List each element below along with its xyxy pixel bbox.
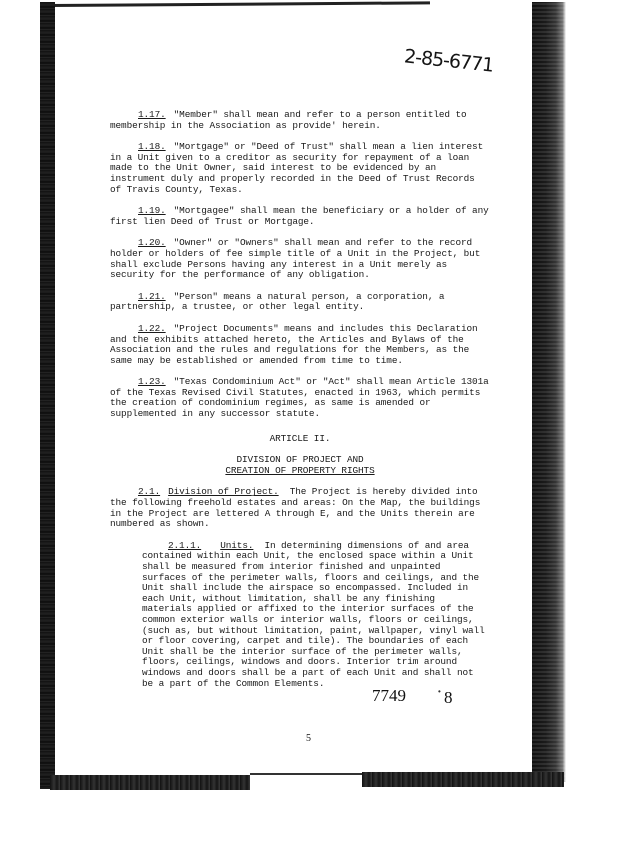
- section-number: 1.17.: [138, 109, 166, 120]
- section-text: "Mortgagee" shall mean the beneficiary o…: [110, 205, 489, 227]
- handwritten-document-id: 2-85-6771: [403, 45, 494, 76]
- definition-1-19: 1.19."Mortgagee" shall mean the benefici…: [110, 206, 490, 227]
- definition-1-20: 1.20."Owner" or "Owners" shall mean and …: [110, 238, 490, 280]
- scan-border-top: [50, 1, 430, 7]
- scan-border-bottom-right: [362, 772, 564, 787]
- definition-1-23: 1.23."Texas Condominium Act" or "Act" sh…: [110, 377, 490, 419]
- section-number: 1.23.: [138, 376, 166, 387]
- document-body: 1.17."Member" shall mean and refer to a …: [110, 110, 490, 700]
- definition-1-21: 1.21."Person" means a natural person, a …: [110, 292, 490, 313]
- section-heading: Units.: [220, 540, 253, 551]
- article-title: ARTICLE II.: [110, 434, 490, 445]
- definition-1-22: 1.22."Project Documents" means and inclu…: [110, 324, 490, 366]
- scan-border-bottom-left: [50, 775, 250, 790]
- definition-1-18: 1.18."Mortgage" or "Deed of Trust" shall…: [110, 142, 490, 195]
- recording-page-stamp: 8: [444, 688, 453, 708]
- section-text: "Texas Condominium Act" or "Act" shall m…: [110, 376, 489, 419]
- section-2-1: 2.1.Division of Project. The Project is …: [110, 487, 490, 529]
- scan-border-right: [532, 2, 566, 782]
- page-number: 5: [306, 733, 311, 744]
- section-number: 1.18.: [138, 141, 166, 152]
- section-number: 1.21.: [138, 291, 166, 302]
- section-number: 1.20.: [138, 237, 166, 248]
- scan-border-bottom-mid: [250, 773, 362, 775]
- recording-volume-stamp: 7749: [372, 686, 406, 706]
- section-heading: Division of Project.: [168, 486, 279, 497]
- stamp-dot-mark: •: [437, 688, 442, 697]
- section-number: 2.1.: [138, 486, 160, 497]
- section-number: 2.1.1.: [168, 540, 201, 551]
- section-text: In determining dimensions of and area co…: [142, 540, 485, 689]
- article-subtitle-line2: CREATION OF PROPERTY RIGHTS: [110, 466, 490, 477]
- section-text: The Project is hereby divided into the f…: [110, 486, 480, 529]
- section-number: 1.22.: [138, 323, 166, 334]
- definition-1-17: 1.17."Member" shall mean and refer to a …: [110, 110, 490, 131]
- section-2-1-1: 2.1.1. Units. In determining dimensions …: [142, 541, 490, 689]
- section-number: 1.19.: [138, 205, 166, 216]
- scan-border-left: [40, 2, 55, 789]
